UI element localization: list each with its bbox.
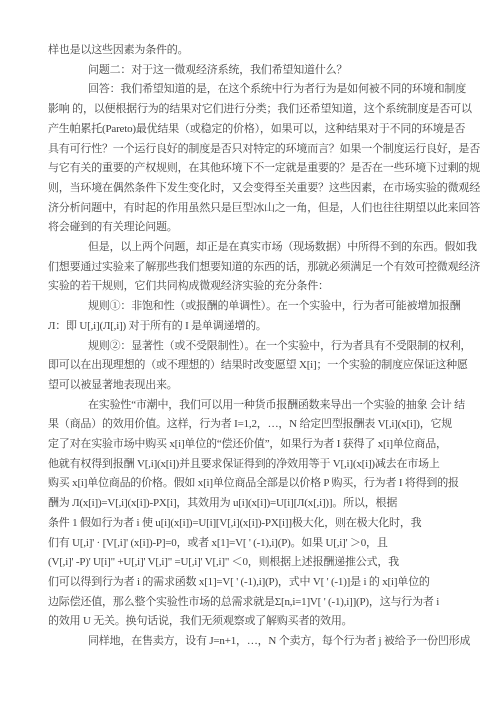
- text-line-1: 样也是以这些因素为条件的。: [48, 41, 470, 61]
- document-text-block: 样也是以这些因素为条件的。问题二：对于这一微观经济系统，我们希望知道什么？回答：…: [48, 41, 470, 652]
- text-line-12: 们想要通过实验来了解那些我们想要知道的东西的话，那就必须满足一个有效可控微观经济: [48, 258, 470, 278]
- text-line-8: 则，当环境在偶然条件下发生变化时，又会变得至关重要？这些因素，在市场实验的微观经: [48, 179, 470, 199]
- text-line-19: 在实验性“市潮中，我们可以用一种货币报酬函数来导出一个实验的抽象 会计 结: [48, 396, 470, 416]
- document-page: 样也是以这些因素为条件的。问题二：对于这一微观经济系统，我们希望知道什么？回答：…: [0, 0, 500, 707]
- text-line-27: (V[,i]' -P)' U[i]" +U[,i]' V[,i]" =U[,i]…: [48, 553, 470, 573]
- text-line-29: 边际偿还值，那么整个实验性市场的总需求就是Σ[n,i=1]V[ ' (-1),i…: [48, 593, 470, 613]
- text-line-23: 购买 x[i]单位商品的价格。假如 x[i]单位商品全部是以价格 P 购买，行为…: [48, 474, 470, 494]
- text-line-20: 果（商品）的效用价值。这样，行为者 I=1,2，…，N 给定凹型报酬表 V[,i…: [48, 415, 470, 435]
- text-line-21: 定了对在实验市场中购买 x[i]单位的“偿还价值”，如果行为者 I 获得了 x[…: [48, 435, 470, 455]
- text-line-15: Л：即 U[,i](Л[,i]) 对于所有的 I 是单调递增的。: [48, 317, 470, 337]
- text-line-5: 产生帕累托(Pareto)最优结果（或稳定的价格），如果可以，这种结果对于不同的…: [48, 120, 470, 140]
- text-line-4: 影响 的，以便根据行为的结果对它们进行分类；我们还希望知道，这个系统制度是否可以: [48, 100, 470, 120]
- text-line-22: 他就有权得到报酬 V[,i](x[i])并且要求保证得到的净效用等于 V[,i]…: [48, 455, 470, 475]
- text-line-7: 与它有关的重要的产权规则，在其他环境下不一定就是重要的？是否在一些环境下过剩的规: [48, 159, 470, 179]
- text-line-11: 但是，以上两个问题，却正是在真实市场（现场数据）中所得不到的东西。假如我: [48, 238, 470, 258]
- text-line-26: 们有 U[,i]' · [V[,i]' (x[i])-P]=0，或者 x[1]=…: [48, 534, 470, 554]
- text-line-31: 同样地，在售卖方，设有 J=n+1，…，N 个卖方，每个行为者 j 被给予一份凹…: [48, 632, 470, 652]
- text-line-9: 济分析问题中，有时起的作用虽然只是巨型冰山之一角，但是，人们也往往期望以此来回答: [48, 199, 470, 219]
- text-line-2: 问题二：对于这一微观经济系统，我们希望知道什么？: [48, 61, 470, 81]
- text-line-18: 望可以被显著地表现出来。: [48, 376, 470, 396]
- text-line-13: 实验的若干规则，它们共同构成微观经济实验的充分条件：: [48, 277, 470, 297]
- text-line-17: 即可以在出现理想的（或不理想的）结果时改变愿望 X[i]；一个实验的制度应保证这…: [48, 356, 470, 376]
- text-line-14: 规则①：非饱和性（或报酬的单调性）。在一个实验中，行为者可能被增加报酬: [48, 297, 470, 317]
- text-line-3: 回答：我们希望知道的是，在这个系统中行为者行为是如何被不同的环境和制度: [48, 80, 470, 100]
- text-line-30: 的效用 U 无关。换句话说，我们无须观察或了解购买者的效用。: [48, 612, 470, 632]
- text-line-28: 们可以得到行为者 i 的需求函数 x[1]=V[ ' (-1),i](P)，式中…: [48, 573, 470, 593]
- text-line-24: 酬为 Л(x[i])=V[,i](x[i])-PX[i]，其效用为 u[i](x…: [48, 494, 470, 514]
- text-line-16: 规则②：显著性（或不受限制性）。在一个实验中，行为者具有不受限制的权利，: [48, 337, 470, 357]
- text-line-10: 将会碰到的有关理论问题。: [48, 218, 470, 238]
- text-line-25: 条件 1 假如行为者 i 使 u[i](x[i])=U[i][V[,i](x[i…: [48, 514, 470, 534]
- text-line-6: 具有可行性？一个运行良好的制度是否只对特定的环境而言？如果一个制度运行良好，是否: [48, 140, 470, 160]
